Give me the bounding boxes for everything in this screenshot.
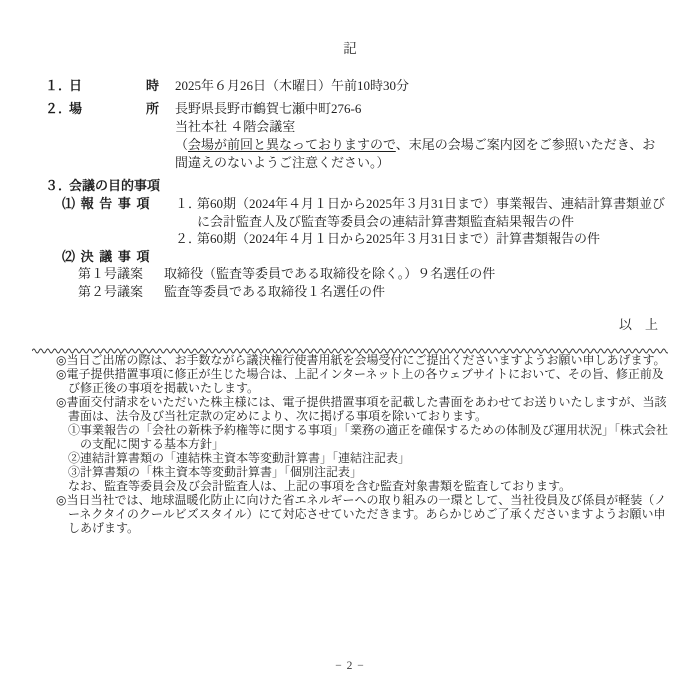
venue-room: 当社本社 ４階会議室 — [175, 118, 668, 136]
notes-section: ◎当日ご出席の際は、お手数ながら議決権行使書用紙を会場受付にご提出くださいますよ… — [56, 353, 668, 535]
venue-row: ２． 場 所 長野県長野市鶴賀七瀬中町276-6 当社本社 ４階会議室 （会場が… — [45, 100, 668, 172]
note-subitem: ②連結計算書類の「連結株主資本等変動計算書」「連結注記表」 — [68, 451, 668, 465]
note-bullet: ◎当日当社では、地球温暖化防止に向けた省エネルギーへの取り組みの一環として、当社… — [56, 493, 668, 535]
resolution-item: 第２号議案監査等委員である取締役１名選任の件 — [78, 283, 668, 301]
reports-block: ⑴ 報 告 事 項 １．第60期（2024年４月１日から2025年３月31日まで… — [45, 195, 668, 248]
datetime-label: １． 日 時 — [45, 77, 175, 95]
note-subitem: ①事業報告の「会社の新株予約権等に関する事項」「業務の適正を確保するための体制及… — [68, 423, 668, 451]
note-bullet: ◎当日ご出席の際は、お手数ながら議決権行使書用紙を会場受付にご提出くださいますよ… — [56, 353, 668, 367]
section-marker-ki: 記 — [0, 40, 700, 58]
reports-label: ⑴ 報 告 事 項 — [62, 195, 175, 213]
venue-label: ２． 場 所 — [45, 100, 175, 118]
report-item: ２．第60期（2024年４月１日から2025年３月31日まで）計算書類報告の件 — [175, 230, 668, 248]
note-bullet: ◎書面交付請求をいただいた株主様には、電子提供措置事項を記載した書面をあわせてお… — [56, 395, 668, 423]
agenda-heading: ３．会議の目的事項 — [45, 177, 668, 195]
main-content: １． 日 時 2025年６月26日（木曜日）午前10時30分 ２． 場 所 長野… — [45, 77, 668, 334]
document-page: 記 １． 日 時 2025年６月26日（木曜日）午前10時30分 ２． 場 所 — [0, 0, 700, 700]
note-subitem: ③計算書類の「株主資本等変動計算書」「個別注記表」 — [68, 465, 668, 479]
report-item: １．第60期（2024年４月１日から2025年３月31日まで）事業報告、連結計算… — [175, 195, 668, 230]
datetime-value: 2025年６月26日（木曜日）午前10時30分 — [175, 77, 409, 95]
datetime-row: １． 日 時 2025年６月26日（木曜日）午前10時30分 — [45, 77, 668, 95]
page-number: − 2 − — [0, 660, 700, 672]
resolution-item: 第１号議案取締役（監査等委員である取締役を除く。）９名選任の件 — [78, 265, 668, 283]
wavy-divider — [32, 342, 668, 352]
venue-address: 長野県長野市鶴賀七瀬中町276-6 — [175, 100, 668, 118]
note-subitem: なお、監査等委員会及び会計監査人は、上記の事項を含む監査対象書類を監査しておりま… — [68, 479, 668, 493]
resolutions-label: ⑵ 決 議 事 項 — [62, 248, 668, 266]
venue-caution-underline: 会場が前回と異なっておりますので — [188, 137, 396, 152]
venue-caution-note: （会場が前回と異なっておりますので、末尾の会場ご案内図をご参照いただき、お間違え… — [175, 136, 668, 172]
note-bullet: ◎電子提供措置事項に修正が生じた場合は、上記インターネット上の各ウェブサイトにお… — [56, 367, 668, 395]
closing-ijou: 以 上 — [45, 316, 668, 334]
